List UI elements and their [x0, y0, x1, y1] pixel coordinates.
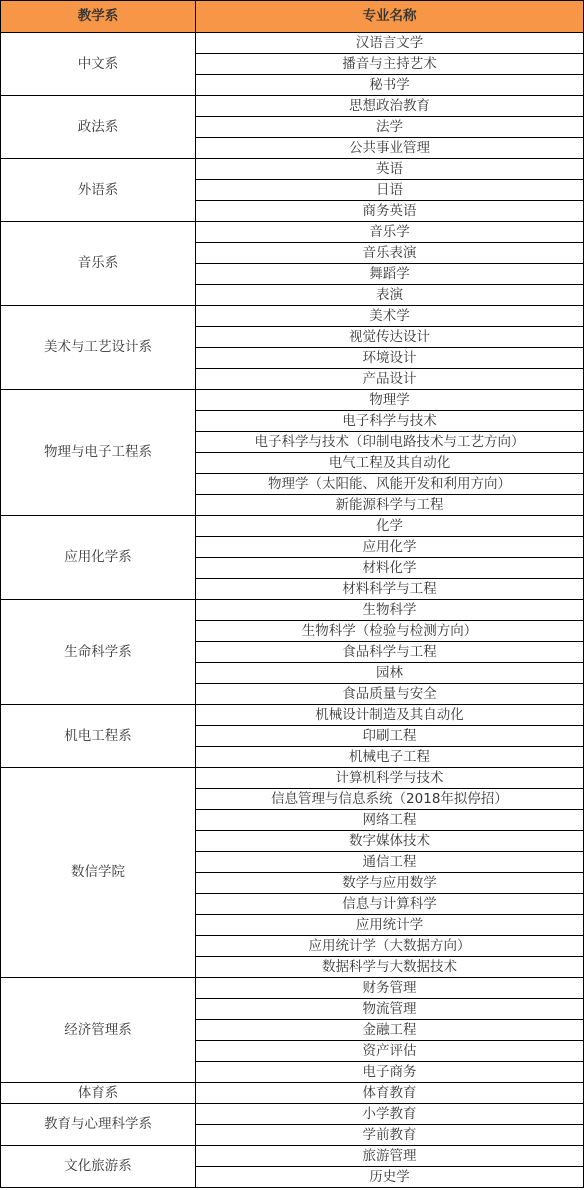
- major-cell: 应用统计学: [196, 915, 584, 936]
- major-cell: 信息与计算科学: [196, 894, 584, 915]
- major-cell: 数学与应用数学: [196, 873, 584, 894]
- major-cell: 应用统计学（大数据方向）: [196, 936, 584, 957]
- table-row: 机电工程系机械设计制造及其自动化: [1, 705, 584, 726]
- major-cell: 商务英语: [196, 201, 584, 222]
- major-cell: 体育教育: [196, 1083, 584, 1104]
- major-cell: 物理学: [196, 390, 584, 411]
- major-cell: 机械电子工程: [196, 747, 584, 768]
- major-cell: 音乐表演: [196, 243, 584, 264]
- majors-table: 教学系 专业名称 中文系汉语言文学播音与主持艺术秘书学政法系思想政治教育法学公共…: [0, 0, 584, 1188]
- major-cell: 秘书学: [196, 75, 584, 96]
- major-cell: 新能源科学与工程: [196, 495, 584, 516]
- major-cell: 数字媒体技术: [196, 831, 584, 852]
- major-cell: 电子科学与技术（印制电路技术与工艺方向）: [196, 432, 584, 453]
- table-row: 应用化学系化学: [1, 516, 584, 537]
- major-cell: 美术学: [196, 306, 584, 327]
- major-cell: 材料科学与工程: [196, 579, 584, 600]
- major-cell: 视觉传达设计: [196, 327, 584, 348]
- major-cell: 机械设计制造及其自动化: [196, 705, 584, 726]
- major-cell: 舞蹈学: [196, 264, 584, 285]
- major-cell: 公共事业管理: [196, 138, 584, 159]
- department-cell: 体育系: [1, 1083, 196, 1104]
- major-cell: 小学教育: [196, 1104, 584, 1125]
- major-cell: 金融工程: [196, 1020, 584, 1041]
- major-cell: 物理学（太阳能、风能开发和利用方向）: [196, 474, 584, 495]
- major-cell: 音乐学: [196, 222, 584, 243]
- major-cell: 材料化学: [196, 558, 584, 579]
- major-cell: 物流管理: [196, 999, 584, 1020]
- major-cell: 表演: [196, 285, 584, 306]
- table-row: 体育系体育教育: [1, 1083, 584, 1104]
- table-row: 音乐系音乐学: [1, 222, 584, 243]
- major-cell: 电子科学与技术: [196, 411, 584, 432]
- table-row: 物理与电子工程系物理学: [1, 390, 584, 411]
- table-row: 生命科学系生物科学: [1, 600, 584, 621]
- major-cell: 电子商务: [196, 1062, 584, 1083]
- major-cell: 播音与主持艺术: [196, 54, 584, 75]
- table-row: 美术与工艺设计系美术学: [1, 306, 584, 327]
- department-cell: 音乐系: [1, 222, 196, 306]
- department-cell: 中文系: [1, 33, 196, 96]
- major-cell: 园林: [196, 663, 584, 684]
- major-cell: 生物科学: [196, 600, 584, 621]
- table-row: 政法系思想政治教育: [1, 96, 584, 117]
- table-row: 经济管理系财务管理: [1, 978, 584, 999]
- major-cell: 日语: [196, 180, 584, 201]
- header-department: 教学系: [1, 1, 196, 33]
- department-cell: 机电工程系: [1, 705, 196, 768]
- department-cell: 文化旅游系: [1, 1146, 196, 1188]
- major-cell: 财务管理: [196, 978, 584, 999]
- table-row: 文化旅游系旅游管理: [1, 1146, 584, 1167]
- major-cell: 印刷工程: [196, 726, 584, 747]
- department-cell: 美术与工艺设计系: [1, 306, 196, 390]
- major-cell: 英语: [196, 159, 584, 180]
- major-cell: 电气工程及其自动化: [196, 453, 584, 474]
- major-cell: 化学: [196, 516, 584, 537]
- department-cell: 教育与心理科学系: [1, 1104, 196, 1146]
- major-cell: 产品设计: [196, 369, 584, 390]
- table-row: 数信学院计算机科学与技术: [1, 768, 584, 789]
- table-row: 中文系汉语言文学: [1, 33, 584, 54]
- major-cell: 数据科学与大数据技术: [196, 957, 584, 978]
- major-cell: 生物科学（检验与检测方向）: [196, 621, 584, 642]
- department-cell: 生命科学系: [1, 600, 196, 705]
- header-row: 教学系 专业名称: [1, 1, 584, 33]
- major-cell: 应用化学: [196, 537, 584, 558]
- major-cell: 环境设计: [196, 348, 584, 369]
- department-cell: 数信学院: [1, 768, 196, 978]
- header-major: 专业名称: [196, 1, 584, 33]
- major-cell: 食品科学与工程: [196, 642, 584, 663]
- major-cell: 汉语言文学: [196, 33, 584, 54]
- major-cell: 计算机科学与技术: [196, 768, 584, 789]
- table-body: 中文系汉语言文学播音与主持艺术秘书学政法系思想政治教育法学公共事业管理外语系英语…: [1, 33, 584, 1188]
- department-cell: 政法系: [1, 96, 196, 159]
- department-cell: 经济管理系: [1, 978, 196, 1083]
- department-cell: 外语系: [1, 159, 196, 222]
- table-row: 外语系英语: [1, 159, 584, 180]
- major-cell: 思想政治教育: [196, 96, 584, 117]
- table-row: 教育与心理科学系小学教育: [1, 1104, 584, 1125]
- department-cell: 物理与电子工程系: [1, 390, 196, 516]
- major-cell: 学前教育: [196, 1125, 584, 1146]
- major-cell: 通信工程: [196, 852, 584, 873]
- major-cell: 食品质量与安全: [196, 684, 584, 705]
- major-cell: 信息管理与信息系统（2018年拟停招）: [196, 789, 584, 810]
- major-cell: 历史学: [196, 1167, 584, 1188]
- department-cell: 应用化学系: [1, 516, 196, 600]
- major-cell: 法学: [196, 117, 584, 138]
- major-cell: 网络工程: [196, 810, 584, 831]
- major-cell: 旅游管理: [196, 1146, 584, 1167]
- major-cell: 资产评估: [196, 1041, 584, 1062]
